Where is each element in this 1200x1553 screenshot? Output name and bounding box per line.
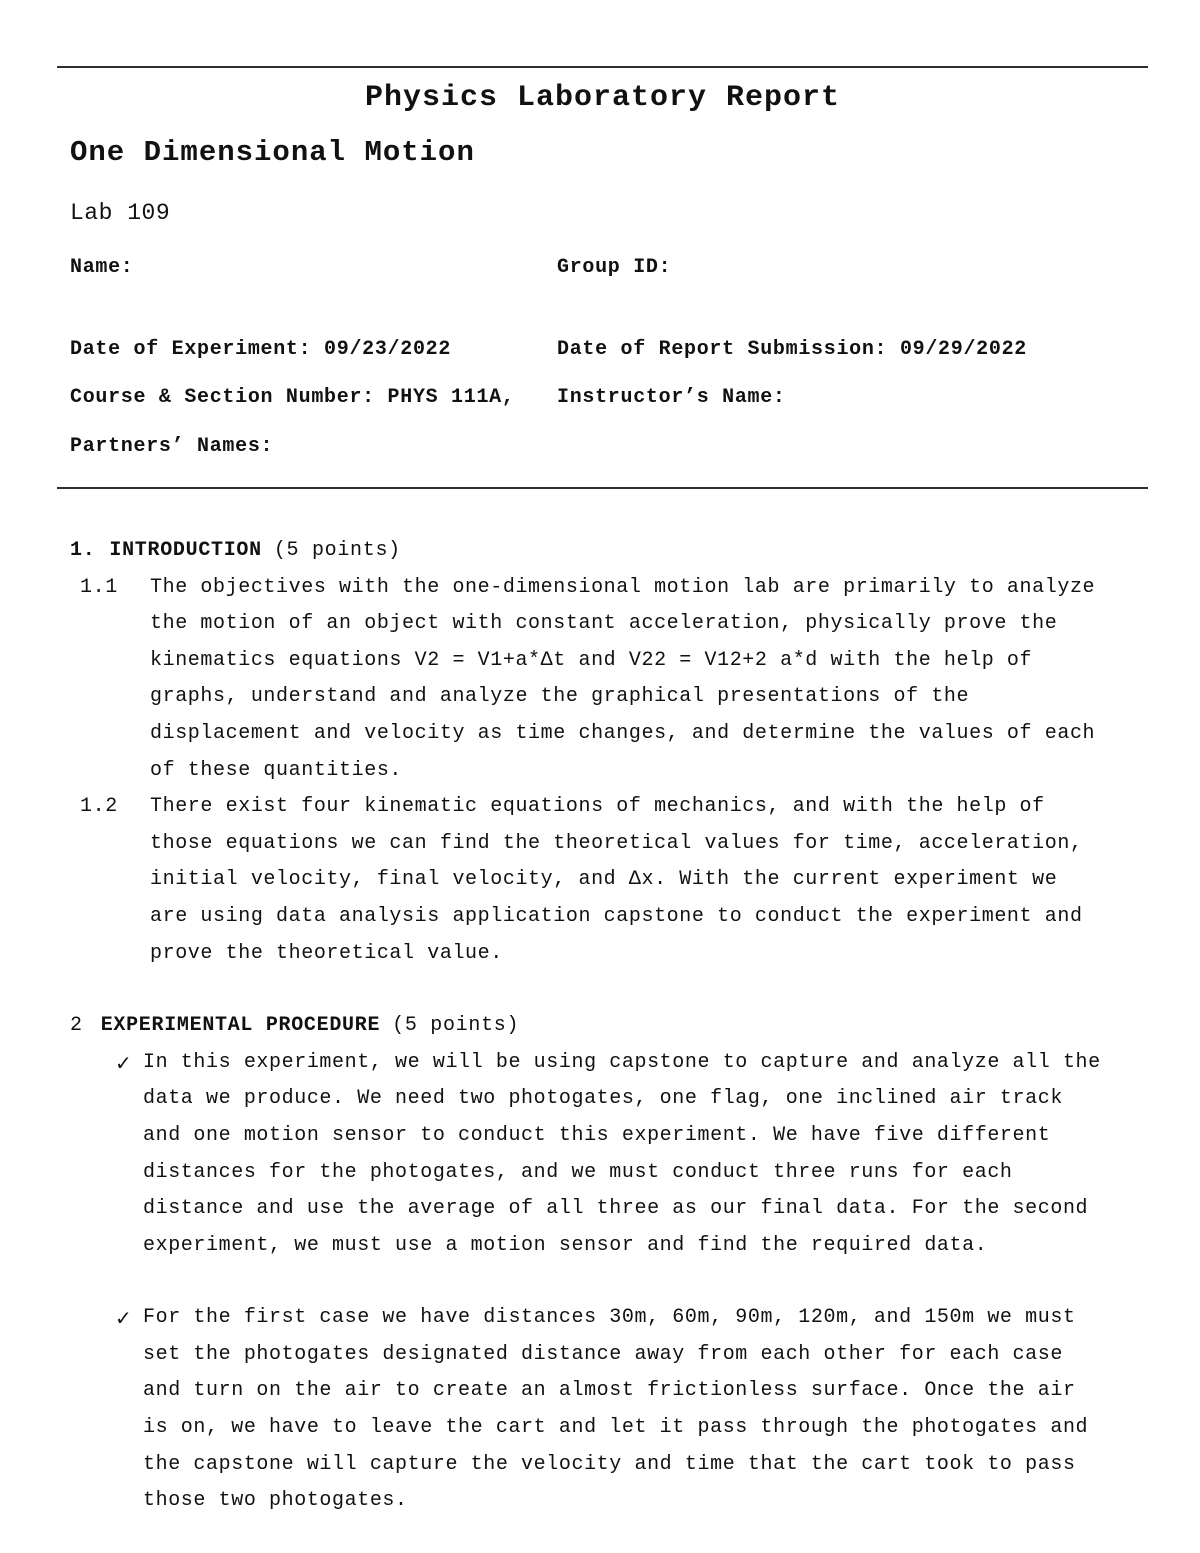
text-line: prove the theoretical value. [150,936,1110,973]
section-2-number: 2 [70,1008,83,1045]
lab-number: Lab 109 [70,198,1110,228]
date-of-experiment: Date of Experiment: 09/23/2022 [70,336,557,364]
checkmark-icon: ✓ [70,1045,143,1265]
text-line: distance and use the average of all thre… [143,1191,1110,1228]
text-line: set the photogates designated distance a… [143,1337,1110,1374]
section-2-title: EXPERIMENTAL PROCEDURE [101,1008,380,1045]
date-of-report-submission: Date of Report Submission: 09/29/2022 [557,336,1110,364]
paragraph-1-1: 1.1 The objectives with the one-dimensio… [70,570,1110,790]
section-1-number: 1. [70,533,95,570]
procedure-bullet-2: ✓ For the first case we have distances 3… [70,1300,1110,1520]
section-1-title: INTRODUCTION [109,533,261,570]
header-row-dates: Date of Experiment: 09/23/2022 Date of R… [70,336,1110,364]
text-line: distances for the photogates, and we mus… [143,1155,1110,1192]
paragraph-1-1-text: The objectives with the one-dimensional … [150,570,1110,790]
report-subtitle: One Dimensional Motion [70,132,1110,174]
partners-names-label: Partners’ Names: [70,433,557,461]
text-line: experiment, we must use a motion sensor … [143,1228,1110,1265]
section-experimental-procedure: 2 EXPERIMENTAL PROCEDURE (5 points) ✓ In… [70,1008,1110,1520]
text-line: the capstone will capture the velocity a… [143,1447,1110,1484]
header-row-partners: Partners’ Names: [70,433,1110,461]
header-row-course: Course & Section Number: PHYS 111A, Inst… [70,384,1110,412]
text-line: The objectives with the one-dimensional … [150,570,1110,607]
section-1-points: (5 points) [274,533,401,570]
text-line: are using data analysis application caps… [150,899,1110,936]
text-line: those equations we can find the theoreti… [150,826,1110,863]
name-label: Name: [70,254,557,282]
procedure-bullet-1: ✓ In this experiment, we will be using c… [70,1045,1110,1265]
text-line: There exist four kinematic equations of … [150,789,1110,826]
top-separator-line [57,66,1148,68]
text-line: displacement and velocity as time change… [150,716,1110,753]
text-line: and turn on the air to create an almost … [143,1373,1110,1410]
paragraph-1-2: 1.2 There exist four kinematic equations… [70,789,1110,972]
report-header-fields: Name: Group ID: Date of Experiment: 09/2… [70,254,1110,461]
text-line: For the first case we have distances 30m… [143,1300,1110,1337]
paragraph-1-2-text: There exist four kinematic equations of … [150,789,1110,972]
instructor-name-label: Instructor’s Name: [557,384,1110,412]
text-line: and one motion sensor to conduct this ex… [143,1118,1110,1155]
text-line: In this experiment, we will be using cap… [143,1045,1110,1082]
text-line: the motion of an object with constant ac… [150,606,1110,643]
text-line: data we produce. We need two photogates,… [143,1081,1110,1118]
section-2-heading: 2 EXPERIMENTAL PROCEDURE (5 points) [70,1008,1110,1045]
course-section-number: Course & Section Number: PHYS 111A, [70,384,557,412]
section-introduction: 1. INTRODUCTION (5 points) 1.1 The objec… [70,533,1110,972]
text-line: of these quantities. [150,753,1110,790]
text-line: is on, we have to leave the cart and let… [143,1410,1110,1447]
lab-report-page: Physics Laboratory Report One Dimensiona… [0,0,1200,1553]
section-2-points: (5 points) [392,1008,519,1045]
text-line: graphs, understand and analyze the graph… [150,679,1110,716]
group-id-label: Group ID: [557,254,1110,282]
header-row-name: Name: Group ID: [70,254,1110,282]
text-line: kinematics equations V2 = V1+a*Δt and V2… [150,643,1110,680]
header-separator-line [57,487,1148,489]
section-1-heading: 1. INTRODUCTION (5 points) [70,533,1110,570]
checkmark-icon: ✓ [70,1300,143,1520]
page-title: Physics Laboratory Report [57,76,1148,120]
procedure-bullet-1-text: In this experiment, we will be using cap… [143,1045,1110,1265]
paragraph-1-1-label: 1.1 [70,570,150,790]
text-line: initial velocity, final velocity, and Δx… [150,862,1110,899]
procedure-bullet-2-text: For the first case we have distances 30m… [143,1300,1110,1520]
text-line: those two photogates. [143,1483,1110,1520]
paragraph-1-2-label: 1.2 [70,789,150,972]
